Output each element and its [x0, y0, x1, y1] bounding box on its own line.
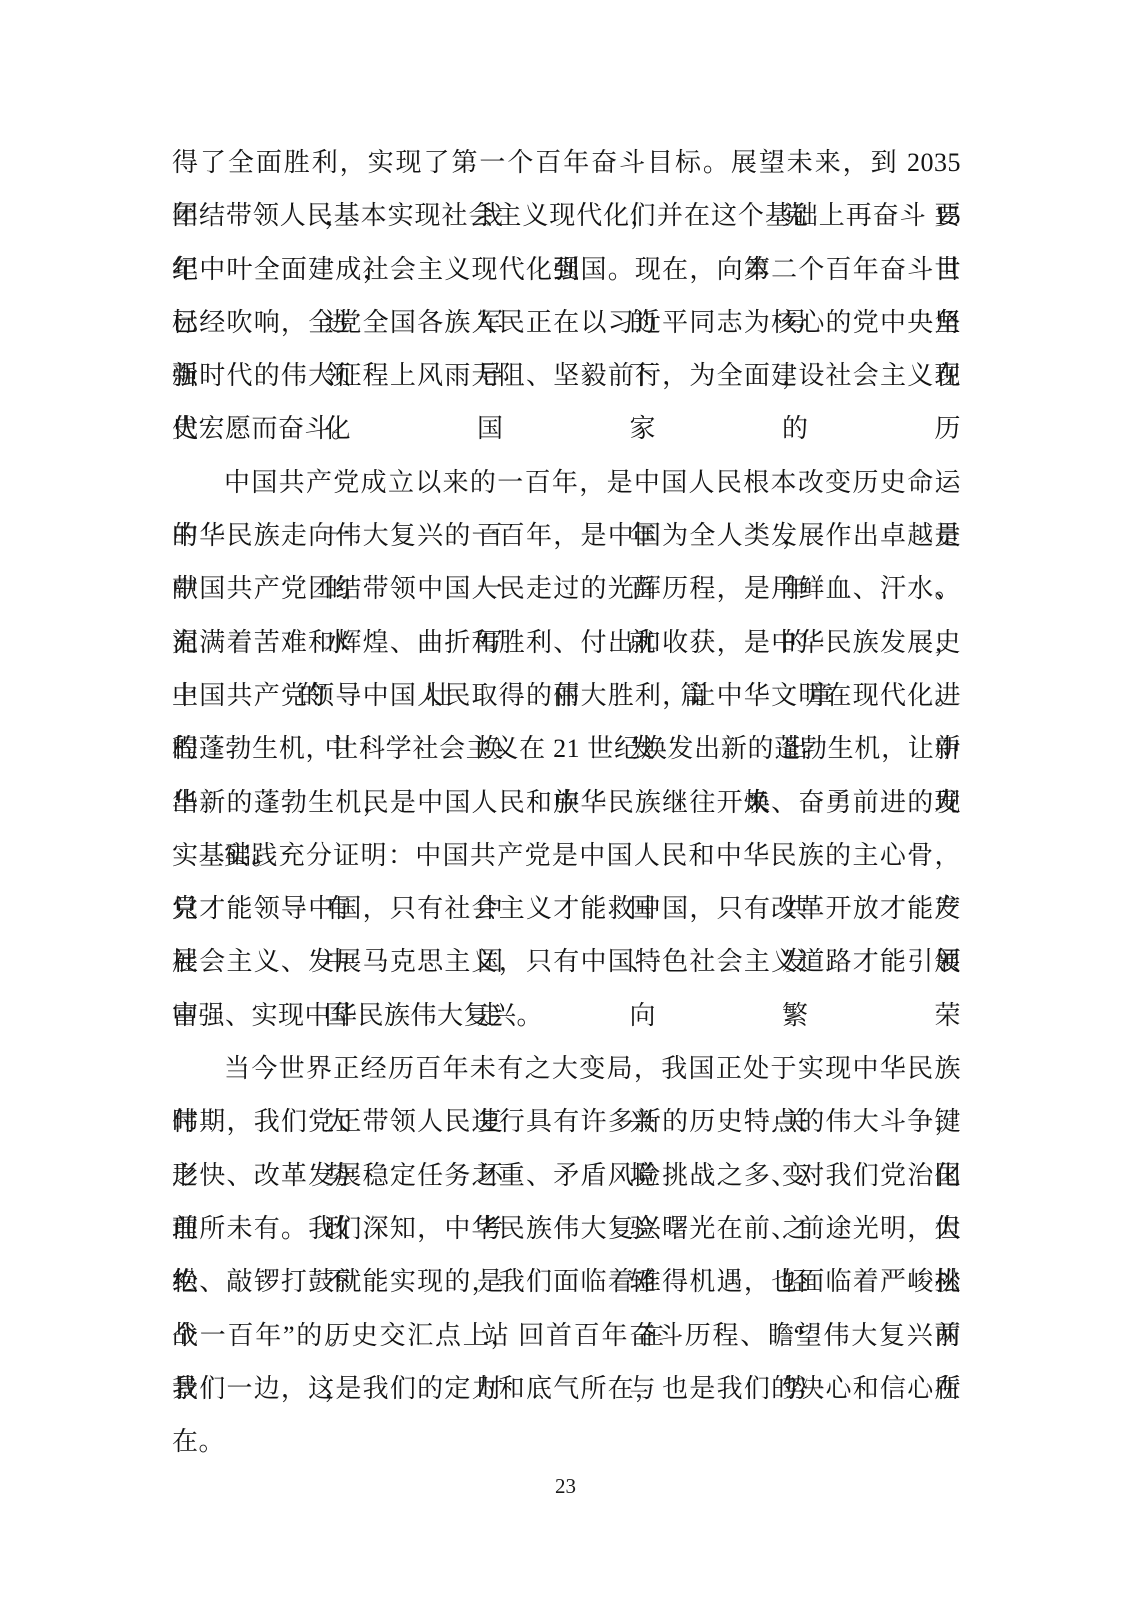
text-line: 团结带领人民基本实现社会主义现代化，并在这个基础上再奋斗 15 年，到本世: [172, 189, 961, 242]
text-line: 中华民族走向伟大复兴的一百年，是中国为全人类发展作出卓越贡献的一百年。: [172, 509, 961, 562]
text-line: 已经吹响，全党全国各族人民正在以习近平同志为核心的党中央坚强领导下，在: [172, 296, 961, 349]
page-footer: 23: [0, 1474, 1131, 1499]
text-line: 时期，我们党正带领人民进行具有许多新的历史特点的伟大斗争，形势环境变化: [172, 1095, 961, 1148]
text-line: 当今世界正经历百年未有之大变局，我国正处于实现中华民族伟大复兴关键: [172, 1042, 961, 1095]
text-line: 前所未有。我们深知，中华民族伟大复兴曙光在前、前途光明，但绝不是轻轻松: [172, 1202, 961, 1255]
page-number: 23: [555, 1474, 576, 1498]
paragraph: 中国共产党成立以来的一百年，是中国人民根本改变历史命运的一百年，是中华民族走向伟…: [172, 456, 961, 829]
text-line: 中国共产党领导中国人民取得的伟大胜利，让中华文明在现代化进程中焕发出新: [172, 669, 961, 722]
paragraph: 实践充分证明：中国共产党是中国人民和中华民族的主心骨，只有中国共产党才能领导中国…: [172, 829, 961, 1042]
text-line: 纪中叶全面建成社会主义现代化强国。现在，向第二个百年奋斗目标进军的号角: [172, 243, 961, 296]
text-block: 得了全面胜利，实现了第一个百年奋斗目标。展望未来，到 2035 年，我们党要团结…: [172, 136, 961, 1415]
text-line: 党才能领导中国，只有社会主义才能救中国，只有改革开放才能发展中国、发展: [172, 882, 961, 935]
document-page: { "colors": { "background": "#ffffff", "…: [0, 0, 1131, 1600]
text-line: 中国共产党成立以来的一百年，是中国人民根本改变历史命运的一百年，是: [172, 456, 961, 509]
text-line: 个一百年”的历史交汇点上，回首百年奋斗历程、瞻望伟大复兴前景，时与势在: [172, 1309, 961, 1362]
text-line: 新时代的伟大征程上风雨无阻、坚毅前行，为全面建设社会主义现代化国家的历: [172, 349, 961, 402]
text-line: 中国共产党团结带领中国人民走过的光辉历程，是用鲜血、汗水、泪水写就的，: [172, 562, 961, 615]
text-line: 充满着苦难和辉煌、曲折和胜利、付出和收获，是中华民族发展史上的壮丽篇章。: [172, 616, 961, 669]
text-line: 出新的蓬勃生机，是中国人民和中华民族继往开来、奋勇前进的现实基础。: [172, 776, 961, 829]
text-line: 我们一边，这是我们的定力和底气所在，也是我们的决心和信心所在。: [172, 1362, 961, 1415]
paragraph: 得了全面胜利，实现了第一个百年奋斗目标。展望未来，到 2035 年，我们党要团结…: [172, 136, 961, 456]
text-line: 实践充分证明：中国共产党是中国人民和中华民族的主心骨，只有中国共产: [172, 829, 961, 882]
paragraph: 当今世界正经历百年未有之大变局，我国正处于实现中华民族伟大复兴关键时期，我们党正…: [172, 1042, 961, 1415]
text-line: 得了全面胜利，实现了第一个百年奋斗目标。展望未来，到 2035 年，我们党要: [172, 136, 961, 189]
text-line: 的蓬勃生机，让科学社会主义在 21 世纪焕发出新的蓬勃生机，让中华民族焕发: [172, 722, 961, 775]
text-line: 之快、改革发展稳定任务之重、矛盾风险挑战之多、对我们党治国理政考验之大: [172, 1149, 961, 1202]
text-line: 社会主义、发展马克思主义，只有中国特色社会主义道路才能引领中国走向繁荣: [172, 935, 961, 988]
text-line: 松、敲锣打鼓就能实现的，我们面临着难得机遇，也面临着严峻挑战。站在“两: [172, 1255, 961, 1308]
